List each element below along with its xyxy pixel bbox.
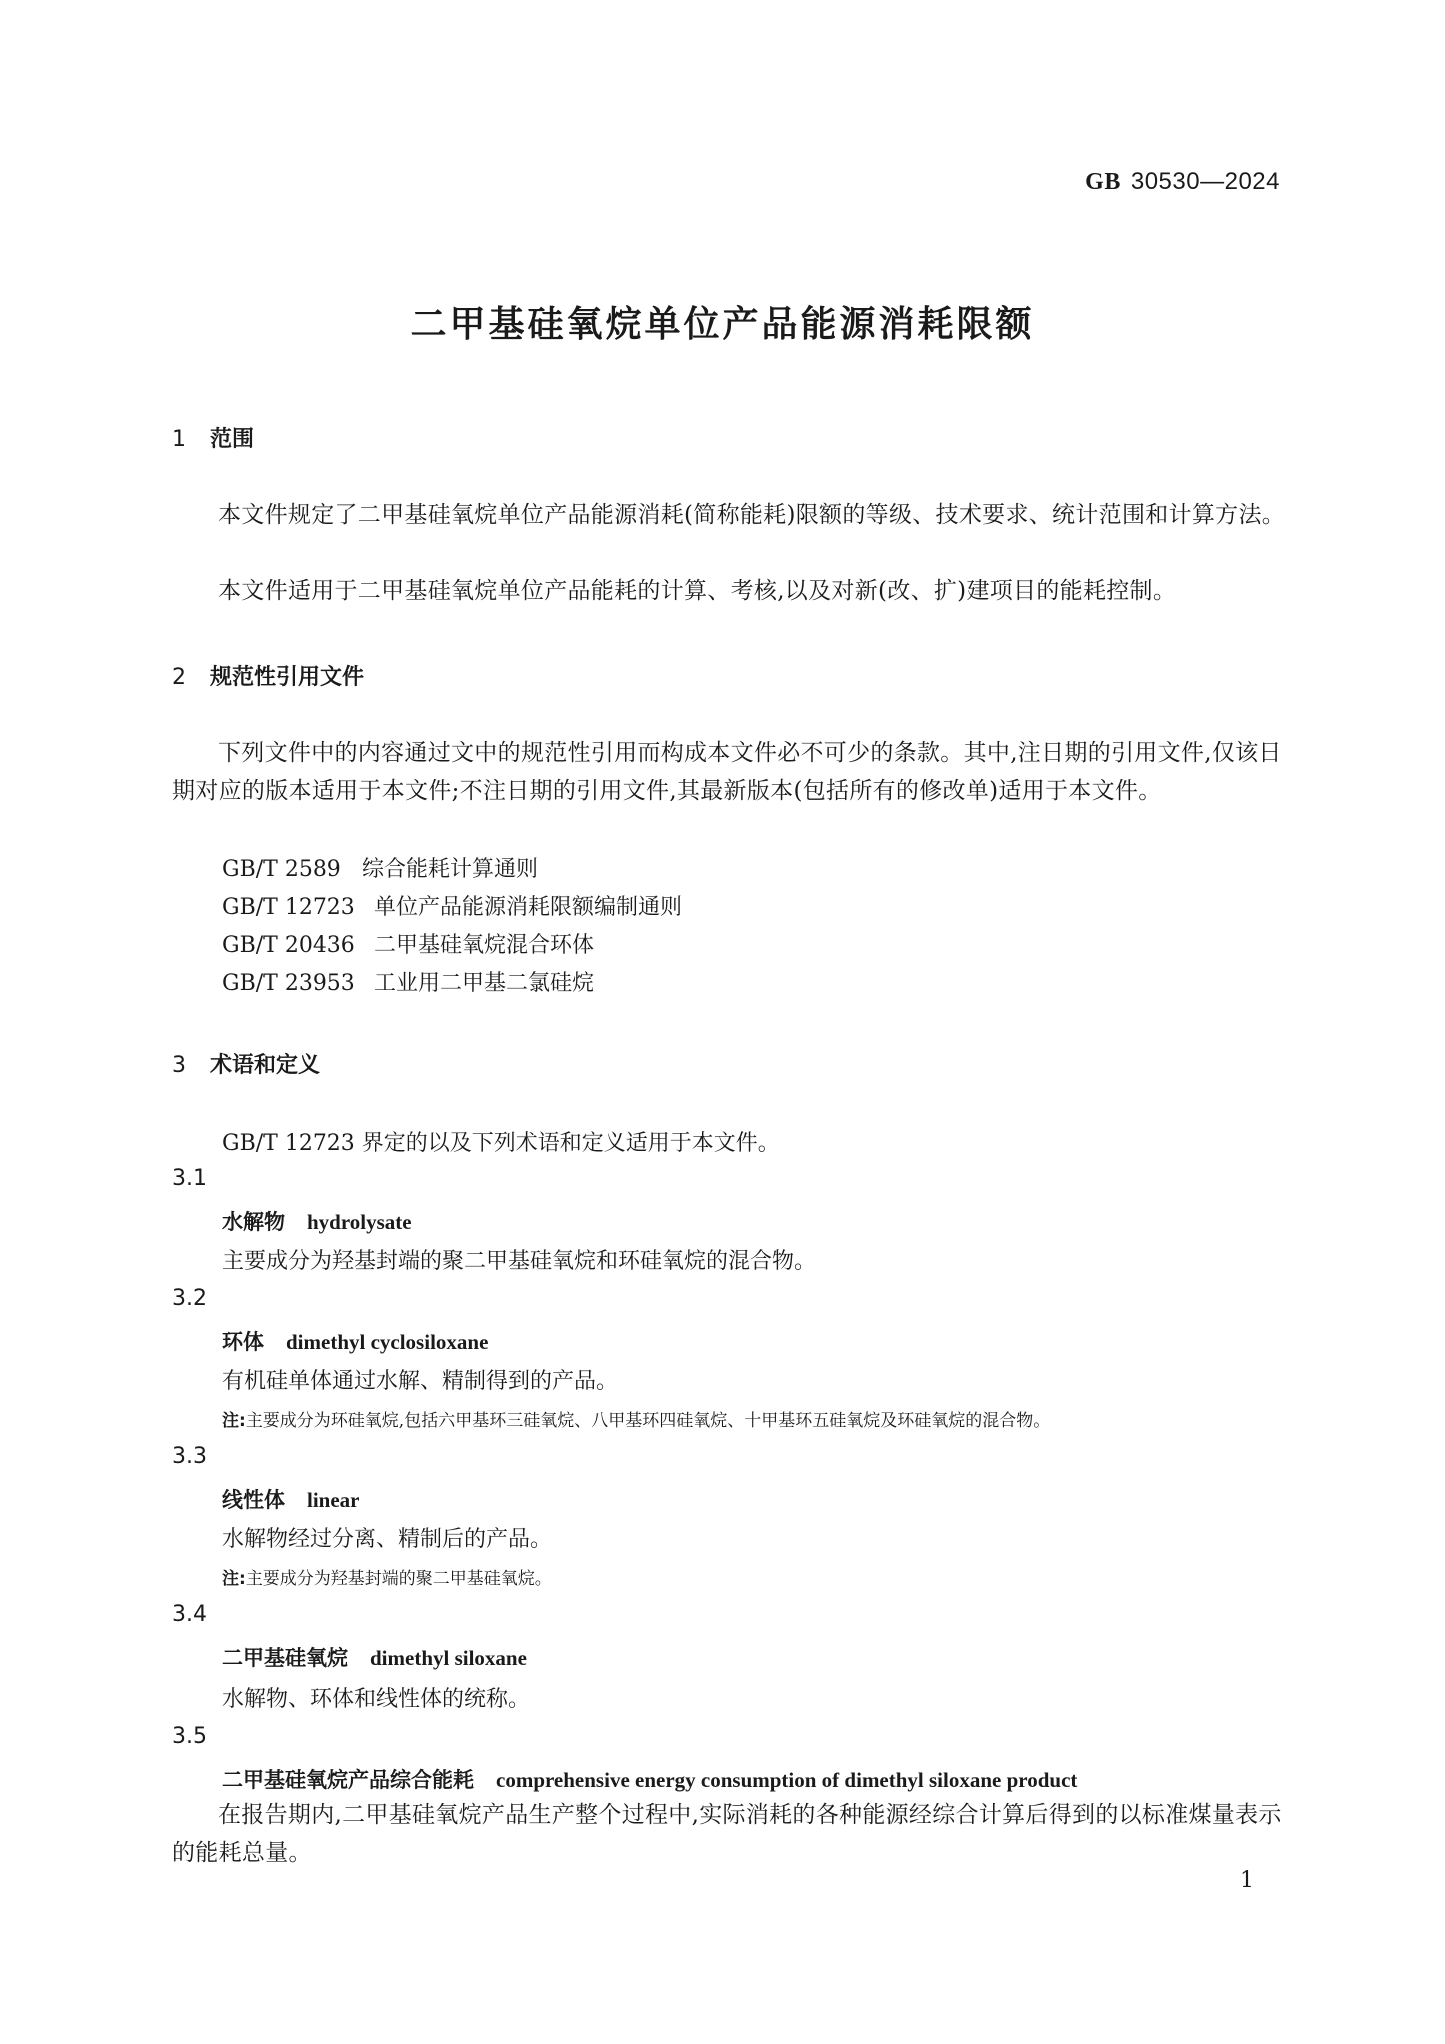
reference-item: GB/T 20436二甲基硅氧烷混合环体 bbox=[222, 928, 594, 959]
clause-number: 3.4 bbox=[172, 1602, 207, 1627]
clause-number: 3.3 bbox=[172, 1444, 207, 1469]
section-heading-2: 2规范性引用文件 bbox=[172, 660, 364, 691]
term-definition: 主要成分为羟基封端的聚二甲基硅氧烷和环硅氧烷的混合物。 bbox=[222, 1244, 816, 1275]
clause-number: 3.1 bbox=[172, 1166, 207, 1191]
term-definition: 水解物经过分离、精制后的产品。 bbox=[222, 1522, 552, 1553]
reference-item: GB/T 2589综合能耗计算通则 bbox=[222, 852, 538, 883]
term-entry: 线性体linear bbox=[222, 1484, 360, 1514]
term-entry: 水解物hydrolysate bbox=[222, 1206, 412, 1236]
term-note: 注:主要成分为羟基封端的聚二甲基硅氧烷。 bbox=[222, 1564, 552, 1589]
term-definition: 水解物、环体和线性体的统称。 bbox=[222, 1682, 530, 1713]
paragraph: 本文件规定了二甲基硅氧烷单位产品能源消耗(简称能耗)限额的等级、技术要求、统计范… bbox=[172, 496, 1292, 534]
clause-number: 3.2 bbox=[172, 1286, 207, 1311]
paragraph: GB/T 12723 界定的以及下列术语和定义适用于本文件。 bbox=[222, 1126, 780, 1157]
document-title: 二甲基硅氧烷单位产品能源消耗限额 bbox=[0, 296, 1445, 347]
paragraph: 下列文件中的内容通过文中的规范性引用而构成本文件必不可少的条款。其中,注日期的引… bbox=[172, 734, 1292, 810]
reference-item: GB/T 23953工业用二甲基二氯硅烷 bbox=[222, 966, 594, 997]
paragraph: 本文件适用于二甲基硅氧烷单位产品能耗的计算、考核,以及对新(改、扩)建项目的能耗… bbox=[172, 572, 1292, 610]
term-note: 注:主要成分为环硅氧烷,包括六甲基环三硅氧烷、八甲基环四硅氧烷、十甲基环五硅氧烷… bbox=[222, 1406, 1050, 1431]
standard-prefix: GB bbox=[1085, 169, 1121, 195]
standard-number: GB30530—2024 bbox=[1085, 168, 1280, 196]
term-entry: 二甲基硅氧烷dimethyl siloxane bbox=[222, 1642, 527, 1672]
term-entry: 二甲基硅氧烷产品综合能耗comprehensive energy consump… bbox=[222, 1764, 1077, 1794]
term-definition: 在报告期内,二甲基硅氧烷产品生产整个过程中,实际消耗的各种能源经综合计算后得到的… bbox=[172, 1796, 1292, 1872]
term-definition: 有机硅单体通过水解、精制得到的产品。 bbox=[222, 1364, 618, 1395]
page-number: 1 bbox=[1240, 1868, 1254, 1893]
section-heading-1: 1范围 bbox=[172, 422, 254, 453]
section-heading-3: 3术语和定义 bbox=[172, 1048, 320, 1079]
term-entry: 环体dimethyl cyclosiloxane bbox=[222, 1326, 488, 1356]
clause-number: 3.5 bbox=[172, 1724, 207, 1749]
standard-code: 30530—2024 bbox=[1131, 168, 1280, 195]
reference-item: GB/T 12723单位产品能源消耗限额编制通则 bbox=[222, 890, 682, 921]
